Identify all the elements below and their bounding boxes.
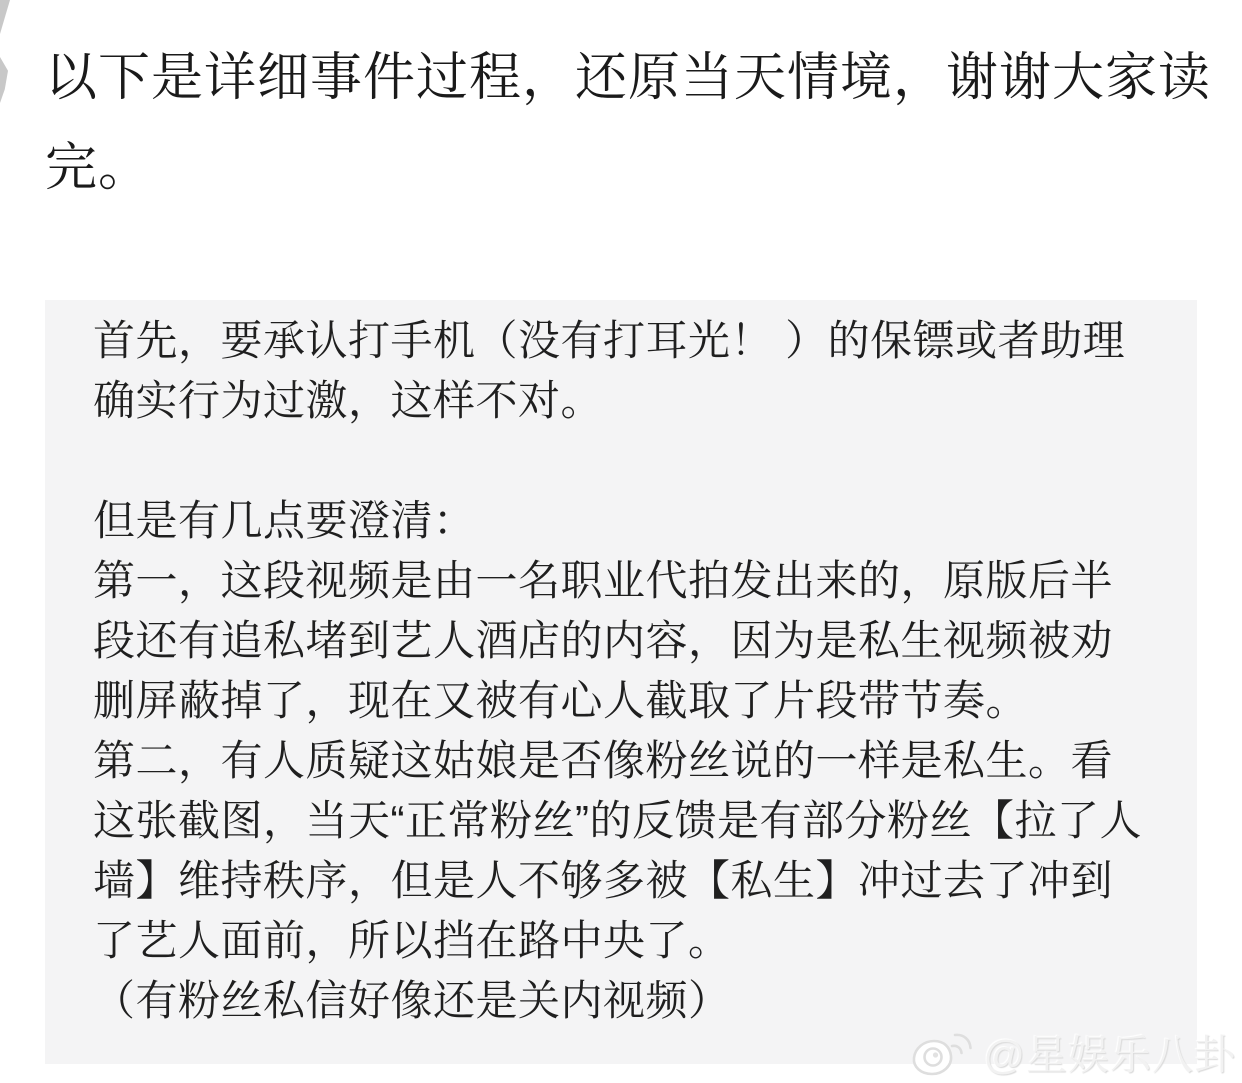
quote-line: 了艺人面前，所以挡在路中央了。: [93, 911, 1177, 971]
post-heading: 以下是详细事件过程，还原当天情境，谢谢大家读 完。: [45, 33, 1205, 213]
cropped-glyph-fragment: [0, 57, 8, 103]
quote-line-blank: [93, 431, 1177, 491]
watermark: @星娱乐八卦: [911, 1022, 1236, 1081]
quote-line: 首先，要承认打手机（没有打耳光！ ）的保镖或者助理: [93, 311, 1177, 371]
heading-line: 以下是详细事件过程，还原当天情境，谢谢大家读: [45, 33, 1205, 123]
quote-line: 段还有追私堵到艺人酒店的内容，因为是私生视频被劝: [93, 611, 1177, 671]
heading-line: 完。: [45, 123, 1205, 213]
quote-line: 第一，这段视频是由一名职业代拍发出来的，原版后半: [93, 551, 1177, 611]
quote-line: 但是有几点要澄清：: [93, 491, 1177, 551]
watermark-handle: @星娱乐八卦: [983, 1022, 1236, 1081]
quote-line: 这张截图，当天“正常粉丝”的反馈是有部分粉丝【拉了人: [93, 791, 1177, 851]
cropped-glyph-fragment: [0, 0, 10, 34]
quote-box: 首先，要承认打手机（没有打耳光！ ）的保镖或者助理 确实行为过激，这样不对。 但…: [45, 300, 1197, 1064]
quote-line: 墙】维持秩序，但是人不够多被【私生】冲过去了冲到: [93, 851, 1177, 911]
quote-line: 删屏蔽掉了，现在又被有心人截取了片段带节奏。: [93, 671, 1177, 731]
weibo-icon: [911, 1026, 975, 1078]
quote-line: 确实行为过激，这样不对。: [93, 371, 1177, 431]
quote-line: 第二，有人质疑这姑娘是否像粉丝说的一样是私生。看: [93, 731, 1177, 791]
